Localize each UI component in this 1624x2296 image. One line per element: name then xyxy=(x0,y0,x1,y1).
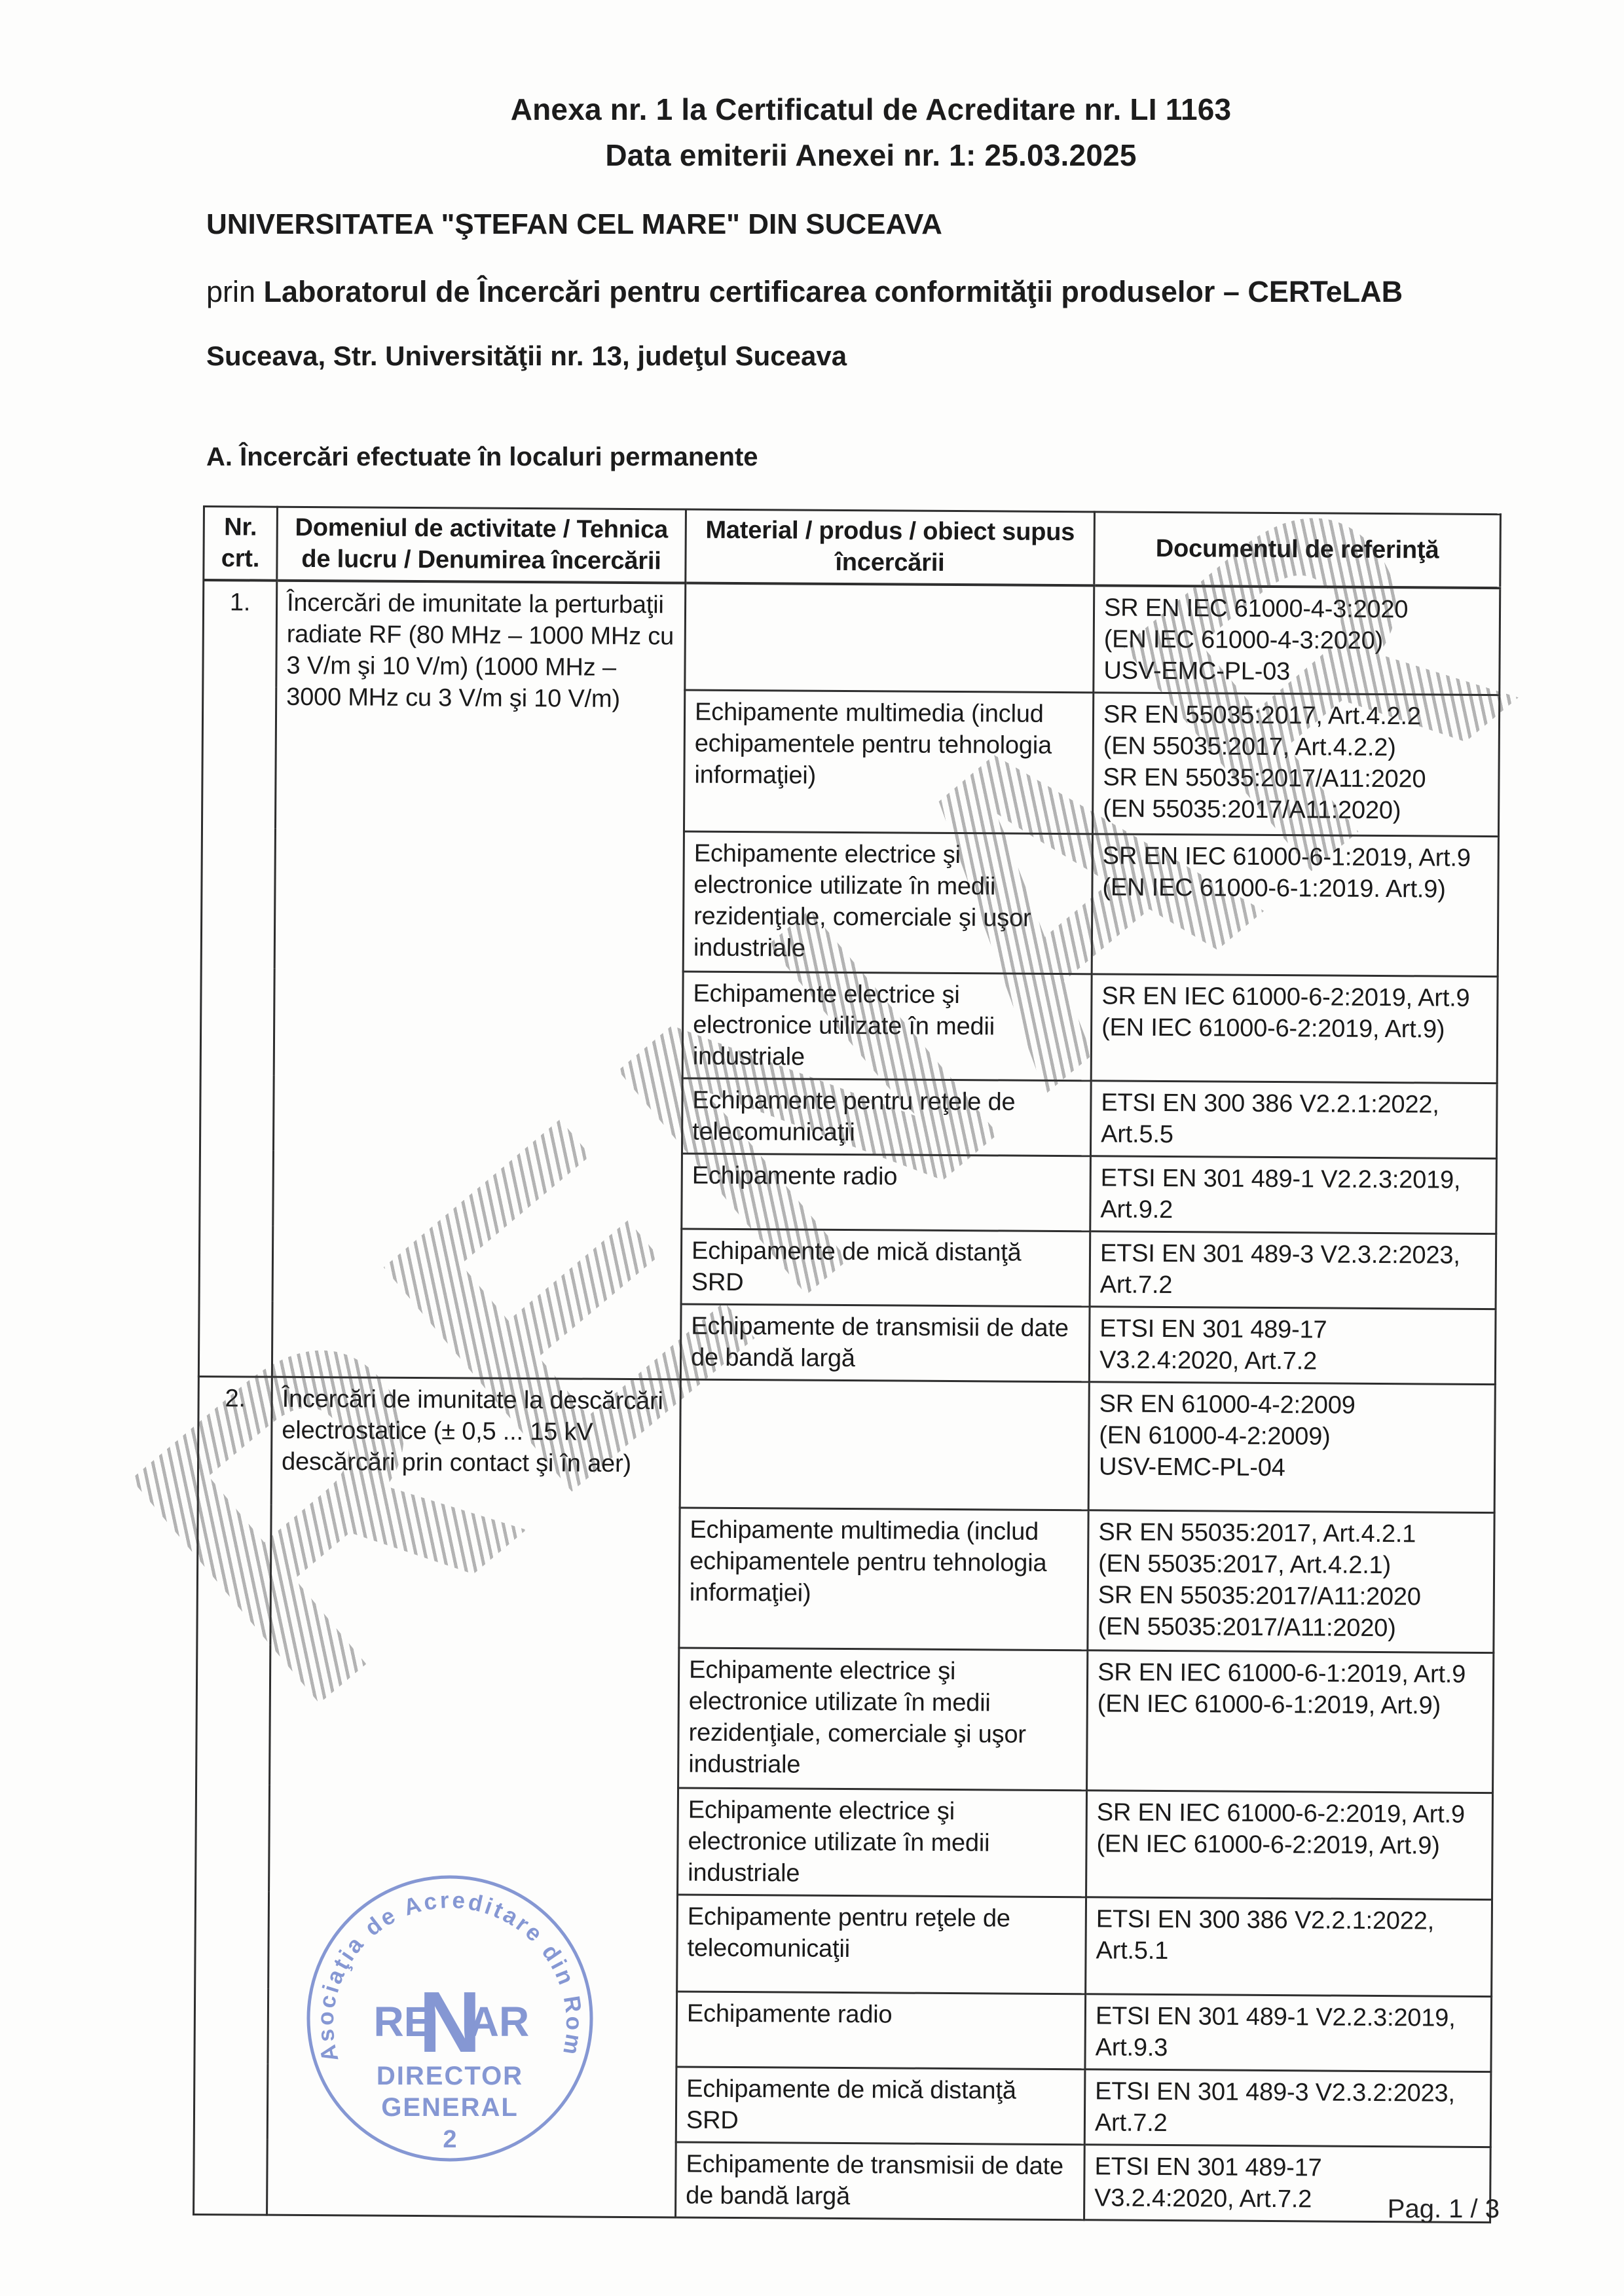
document-page: Anexa nr. 1 la Certificatul de Acreditar… xyxy=(0,0,1624,2296)
laboratory-address: Suceava, Str. Universităţii nr. 13, jude… xyxy=(206,340,847,372)
annex-title-line1: Anexa nr. 1 la Certificatul de Acreditar… xyxy=(206,92,1536,127)
material-cell: Echipamente electrice şi electronice uti… xyxy=(678,1647,1088,1790)
col-header-material: Material / produs / obiect supus încercă… xyxy=(686,509,1095,585)
col-header-nr-crt: Nr. crt. xyxy=(204,507,278,581)
laboratory-name: Laboratorul de Încercări pentru certific… xyxy=(264,275,1403,308)
document-cell: ETSI EN 301 489-1 V2.2.3:2019, Art.9.2 xyxy=(1090,1156,1497,1233)
document-cell: ETSI EN 300 386 V2.2.1:2022, Art.5.1 xyxy=(1086,1897,1492,1996)
material-cell: Echipamente multimedia (includ echipamen… xyxy=(684,689,1093,833)
section-a-heading: A. Încercări efectuate în localuri perma… xyxy=(206,443,758,472)
material-cell: Echipamente pentru reţele de telecomunic… xyxy=(682,1078,1091,1156)
material-cell: Echipamente de transmisii de date de ban… xyxy=(680,1303,1090,1381)
document-cell: SR EN 55035:2017, Art.4.2.1 (EN 55035:20… xyxy=(1088,1510,1494,1652)
row-number-cell: 2. xyxy=(194,1376,272,2215)
document-cell: ETSI EN 301 489-3 V2.3.2:2023, Art.7.2 xyxy=(1090,1231,1496,1309)
stamp-number: 2 xyxy=(443,2126,456,2153)
document-cell: SR EN 55035:2017, Art.4.2.2 (EN 55035:20… xyxy=(1092,692,1499,836)
material-cell: Echipamente de mică distanţă SRD xyxy=(676,2066,1085,2144)
stamp-general-label: GENERAL xyxy=(381,2093,519,2122)
material-cell: Echipamente radio xyxy=(676,1991,1086,2069)
stamp-renar-ar: AR xyxy=(469,1998,529,2045)
document-cell: ETSI EN 300 386 V2.2.1:2022, Art.5.5 xyxy=(1090,1080,1497,1158)
laboratory-line: prin Laboratorul de Încercări pentru cer… xyxy=(206,275,1403,309)
document-cell: SR EN IEC 61000-4-3:2020 (EN IEC 61000-4… xyxy=(1094,585,1500,695)
material-cell: Echipamente pentru reţele de telecomunic… xyxy=(677,1894,1086,1994)
document-cell: ETSI EN 301 489-17 V3.2.4:2020, Art.7.2 xyxy=(1089,1306,1496,1384)
material-cell xyxy=(685,583,1094,692)
laboratory-prefix: prin xyxy=(206,275,264,308)
stamp-director-label: DIRECTOR xyxy=(377,2062,523,2090)
document-cell: SR EN IEC 61000-6-1:2019, Art.9 (EN IEC … xyxy=(1092,833,1498,976)
domain-cell: Încercări de imunitate la perturbaţii ra… xyxy=(272,580,685,1379)
material-cell xyxy=(680,1379,1089,1510)
row-number-cell: 1. xyxy=(198,580,276,1377)
material-cell: Echipamente electrice şi electronice uti… xyxy=(683,831,1092,974)
renar-stamp-graphic: Asociaţia de Acreditare din România RE N… xyxy=(296,1865,604,2172)
material-cell: Echipamente de transmisii de date de ban… xyxy=(676,2141,1085,2219)
col-header-domain: Domeniul de activitate / Tehnica de lucr… xyxy=(277,507,686,583)
document-cell: ETSI EN 301 489-1 V2.2.3:2019, Art.9.3 xyxy=(1085,1994,1492,2071)
page-number: Pag. 1 / 3 xyxy=(1388,2195,1500,2224)
table-row: 1. Încercări de imunitate la perturbaţii… xyxy=(203,580,1500,695)
annex-title-line2: Data emiterii Anexei nr. 1: 25.03.2025 xyxy=(206,137,1536,173)
organization-name: UNIVERSITATEA "ŞTEFAN CEL MARE" DIN SUCE… xyxy=(206,208,942,241)
document-cell: SR EN IEC 61000-6-2:2019, Art.9 (EN IEC … xyxy=(1086,1790,1493,1899)
document-cell: SR EN 61000-4-2:2009 (EN 61000-4-2:2009)… xyxy=(1088,1381,1495,1512)
renar-round-stamp: Asociaţia de Acreditare din România RE N… xyxy=(296,1865,604,2176)
col-header-reference-document: Documentul de referinţă xyxy=(1094,512,1501,588)
material-cell: Echipamente radio xyxy=(682,1153,1091,1231)
document-cell: SR EN IEC 61000-6-2:2019, Art.9 (EN IEC … xyxy=(1091,974,1498,1083)
document-cell: ETSI EN 301 489-3 V2.3.2:2023, Art.7.2 xyxy=(1084,2069,1491,2147)
material-cell: Echipamente multimedia (includ echipamen… xyxy=(679,1507,1088,1650)
table-header-row: Nr. crt. Domeniul de activitate / Tehnic… xyxy=(204,507,1501,588)
material-cell: Echipamente de mică distanţă SRD xyxy=(681,1228,1090,1306)
material-cell: Echipamente electrice şi electronice uti… xyxy=(682,971,1092,1080)
material-cell: Echipamente electrice şi electronice uti… xyxy=(678,1787,1087,1897)
document-cell: SR EN IEC 61000-6-1:2019, Art.9 (EN IEC … xyxy=(1087,1650,1494,1793)
table-row: 2. Încercări de imunitate la descărcări … xyxy=(198,1376,1495,1512)
